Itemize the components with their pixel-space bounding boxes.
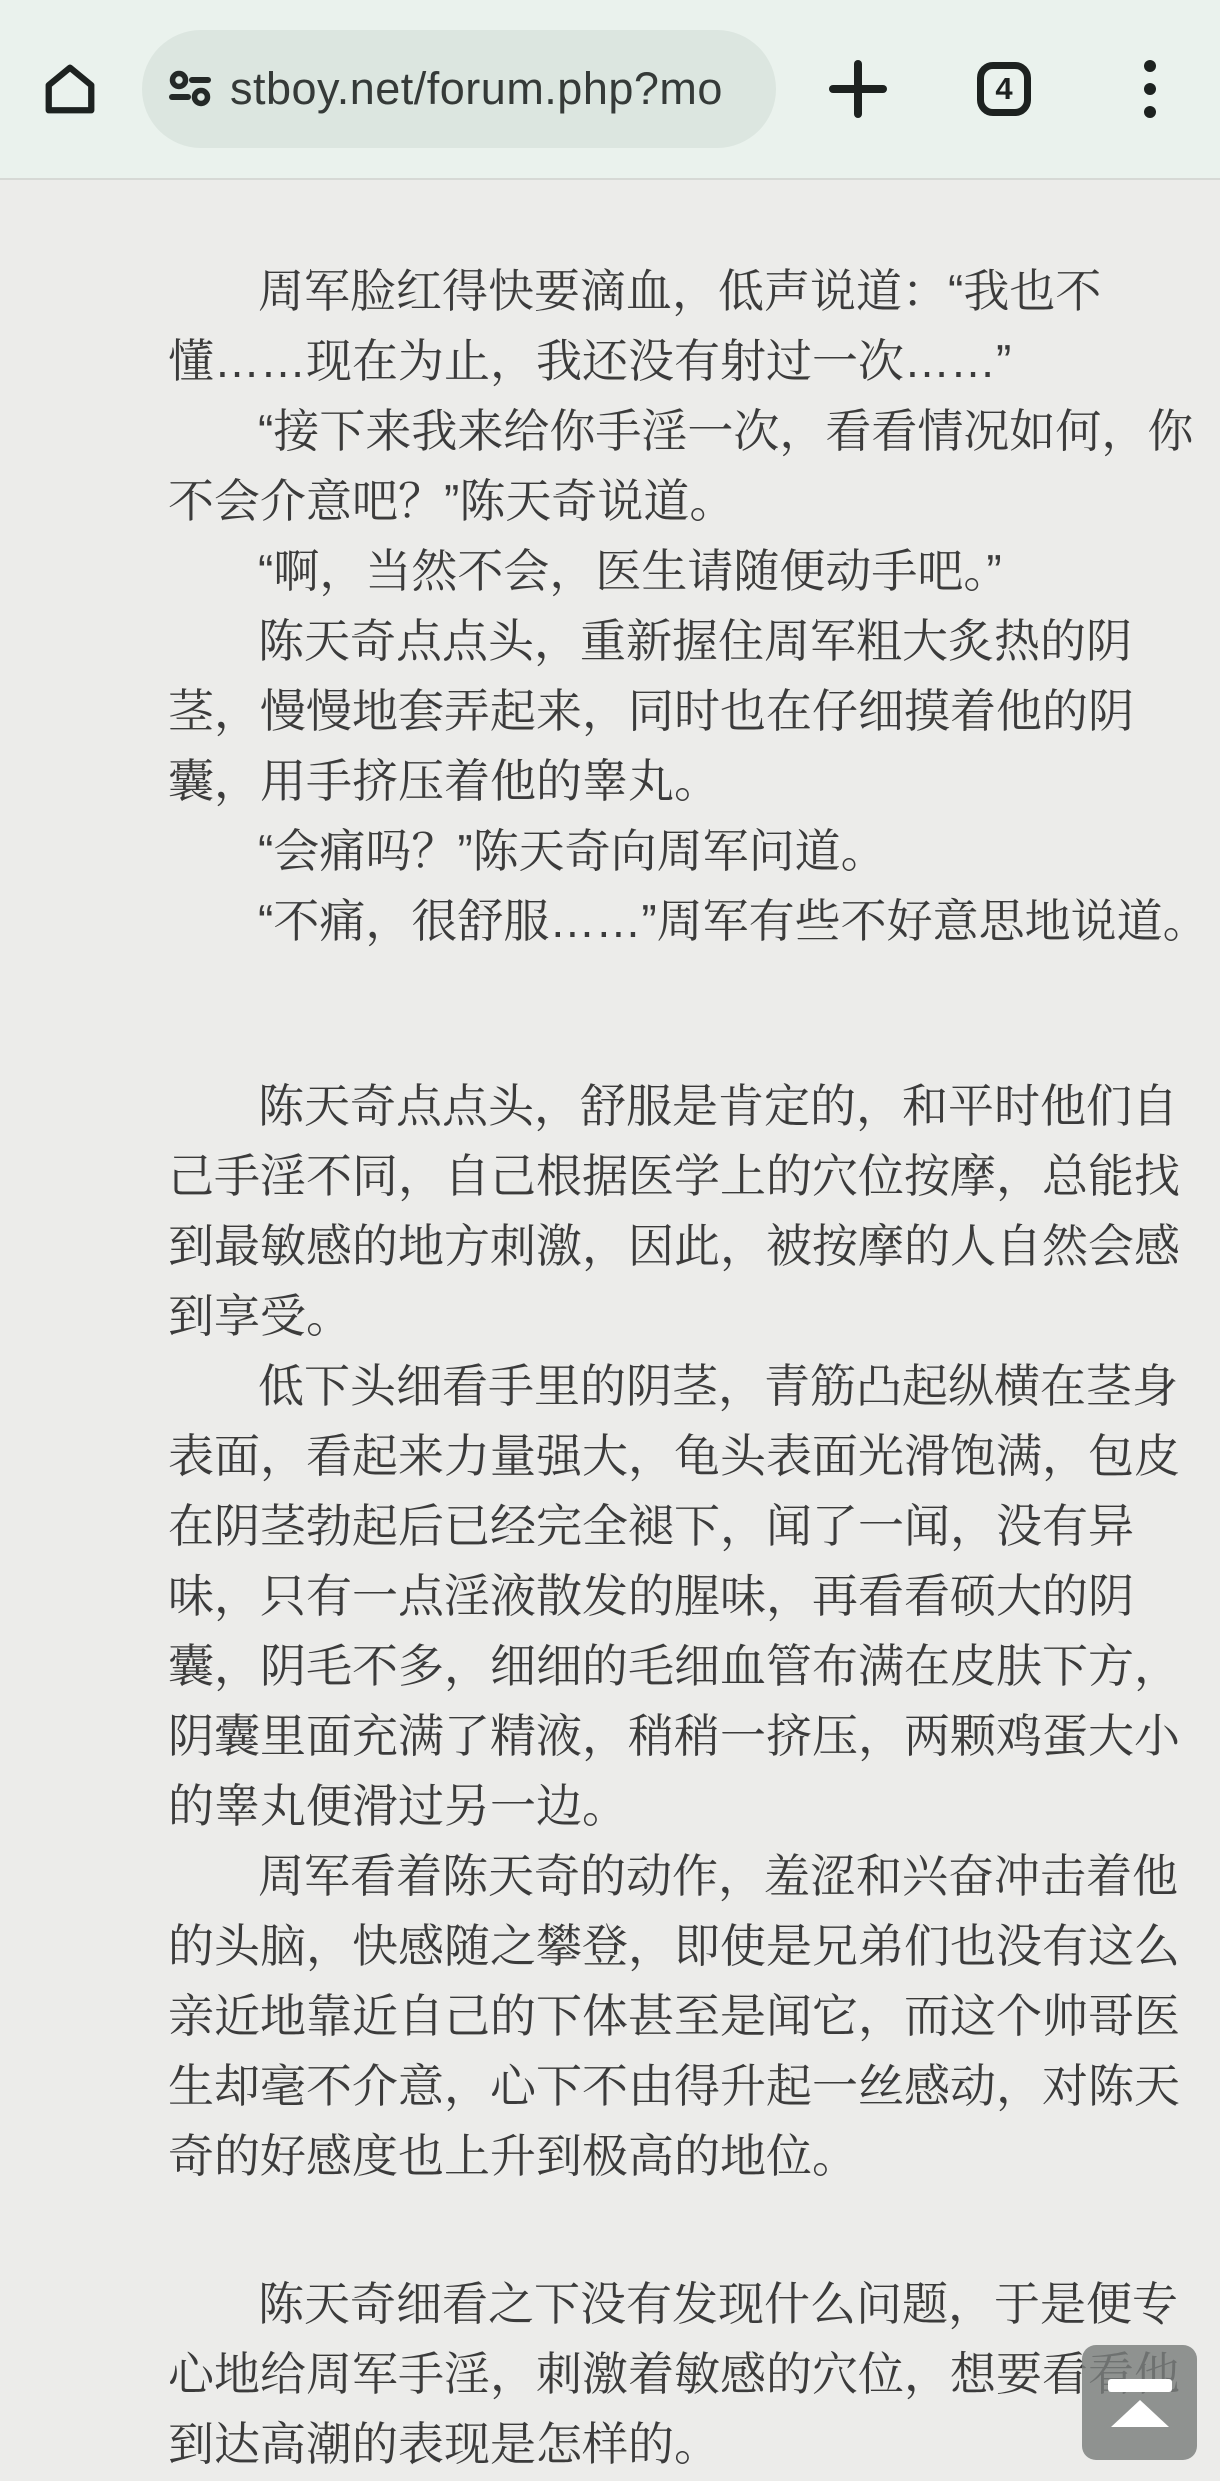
text-line: 到享受。 <box>168 1281 1200 1351</box>
menu-button[interactable] <box>1110 49 1190 129</box>
text-line: “不痛，很舒服……”周军有些不好意思地说道。 <box>168 886 1200 956</box>
text-line: 陈天奇细看之下没有发现什么问题，于是便专 <box>168 2269 1200 2339</box>
reader-content: 周军脸红得快要滴血，低声说道：“我也不 懂……现在为止，我还没有射过一次……” … <box>0 180 1220 2479</box>
tab-counter-icon: 4 <box>977 62 1031 116</box>
text-line: 陈天奇点点头，舒服是肯定的，和平时他们自 <box>168 1071 1200 1141</box>
text-line: 表面，看起来力量强大，龟头表面光滑饱满，包皮 <box>168 1421 1200 1491</box>
tab-count: 4 <box>995 71 1012 107</box>
scroll-to-top-button[interactable] <box>1082 2345 1197 2460</box>
text-line: 陈天奇点点头，重新握住周军粗大炙热的阴 <box>168 606 1200 676</box>
text-line: 阴囊里面充满了精液，稍稍一挤压，两颗鸡蛋大小 <box>168 1701 1200 1771</box>
text-line: 的睾丸便滑过另一边。 <box>168 1771 1200 1841</box>
kebab-menu-icon <box>1144 60 1156 118</box>
text-line: 周军看着陈天奇的动作，羞涩和兴奋冲击着他 <box>168 1841 1200 1911</box>
url-text: stboy.net/forum.php?mo <box>230 63 750 115</box>
text-line: 己手淫不同，自己根据医学上的穴位按摩，总能找 <box>168 1141 1200 1211</box>
text-line: 生却毫不介意，心下不由得升起一丝感动，对陈天 <box>168 2051 1200 2121</box>
back-to-top-icon <box>1108 2379 1172 2427</box>
text-line: 低下头细看手里的阴茎，青筋凸起纵横在茎身 <box>168 1351 1200 1421</box>
home-button[interactable] <box>30 49 110 129</box>
plus-icon <box>827 58 889 120</box>
text-line: “会痛吗？”陈天奇向周军问道。 <box>168 816 1200 886</box>
text-line: 心地给周军手淫，刺激着敏感的穴位，想要看看他 <box>168 2339 1200 2409</box>
text-line: 到达高潮的表现是怎样的。 <box>168 2409 1200 2479</box>
text-line: “接下来我来给你手淫一次，看看情况如何，你 <box>168 396 1200 466</box>
text-line: 囊，用手挤压着他的睾丸。 <box>168 746 1200 816</box>
browser-topbar: stboy.net/forum.php?mo 4 <box>0 0 1220 180</box>
text-line: 懂……现在为止，我还没有射过一次……” <box>168 326 1200 396</box>
home-icon <box>41 60 99 118</box>
new-tab-button[interactable] <box>818 49 898 129</box>
text-line: 奇的好感度也上升到极高的地位。 <box>168 2121 1200 2191</box>
text-line: 亲近地靠近自己的下体甚至是闻它，而这个帅哥医 <box>168 1981 1200 2051</box>
url-bar[interactable]: stboy.net/forum.php?mo <box>142 30 776 148</box>
tab-switcher-button[interactable]: 4 <box>964 49 1044 129</box>
blank-line <box>168 2191 1200 2269</box>
text-line: 的头脑，快感随之攀登，即使是兄弟们也没有这么 <box>168 1911 1200 1981</box>
text-line: 味，只有一点淫液散发的腥味，再看看硕大的阴 <box>168 1561 1200 1631</box>
text-line: 到最敏感的地方刺激，因此，被按摩的人自然会感 <box>168 1211 1200 1281</box>
site-settings-icon[interactable] <box>168 67 212 111</box>
text-line: 周军脸红得快要滴血，低声说道：“我也不 <box>168 256 1200 326</box>
text-line: 茎，慢慢地套弄起来，同时也在仔细摸着他的阴 <box>168 676 1200 746</box>
text-line: “啊，当然不会，医生请随便动手吧。” <box>168 536 1200 606</box>
text-line: 不会介意吧？”陈天奇说道。 <box>168 466 1200 536</box>
blank-line <box>168 956 1200 1071</box>
text-line: 囊，阴毛不多，细细的毛细血管布满在皮肤下方， <box>168 1631 1200 1701</box>
text-line: 在阴茎勃起后已经完全褪下，闻了一闻，没有异 <box>168 1491 1200 1561</box>
